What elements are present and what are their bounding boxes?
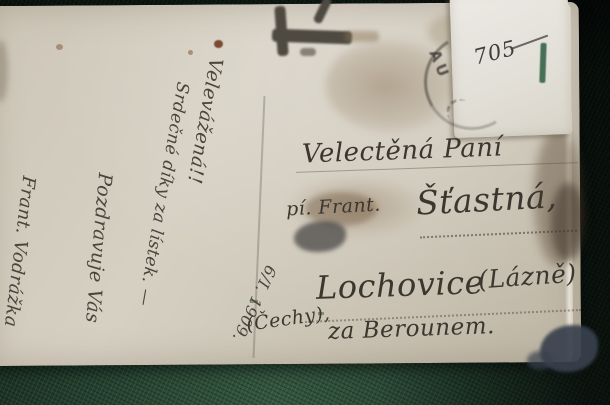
photo-scene: 705 AU Velectěná Paní pí. Frant. Šťastná… — [0, 0, 610, 405]
ink-blot-tail — [527, 351, 553, 370]
address-city: Lochovice — [315, 263, 484, 307]
address-surname: Šťastná, — [415, 176, 558, 222]
ink-blot-dot — [300, 48, 316, 56]
green-stamp-remnant — [539, 43, 546, 83]
ink-blot-bar-tail — [345, 31, 379, 42]
